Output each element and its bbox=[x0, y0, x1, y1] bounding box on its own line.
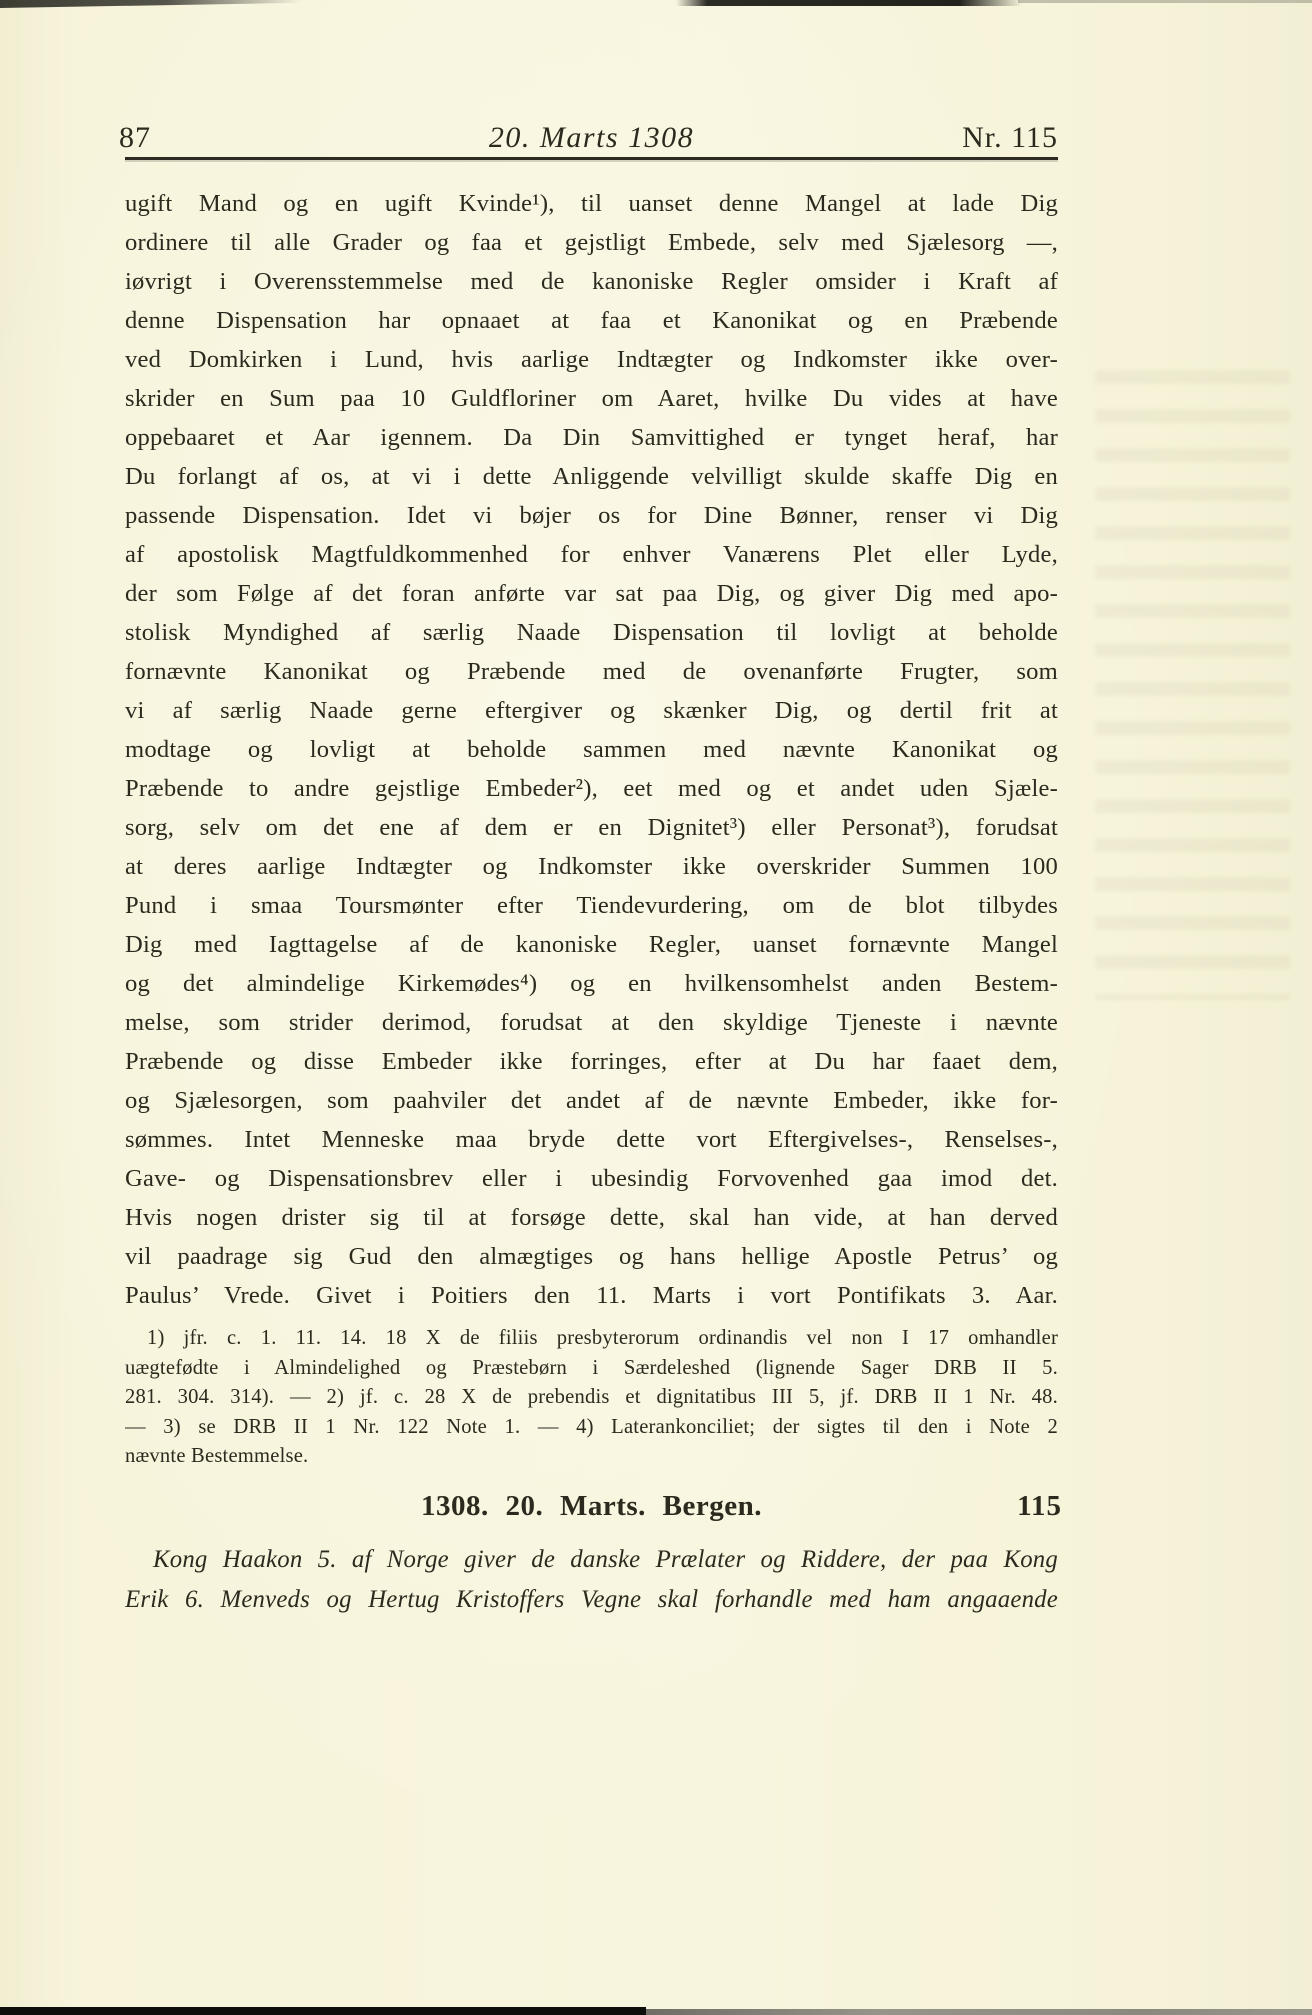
body-text-line: Præbende og disse Embeder ikke forringes… bbox=[125, 1042, 1058, 1081]
header-rule bbox=[125, 157, 1058, 160]
body-text-line: melse, som strider derimod, forudsat at … bbox=[125, 1003, 1058, 1042]
body-text-line: vil paadrage sig Gud den almægtiges og h… bbox=[125, 1237, 1058, 1276]
scan-artifact-bottom-left bbox=[0, 2007, 646, 2015]
entry-heading: 1308. 20. Marts. Bergen. 115 bbox=[125, 1487, 1058, 1529]
document-body-text: ugift Mand og en ugift Kvinde¹), til uan… bbox=[125, 184, 1058, 1315]
body-text-line: Du forlangt af os, at vi i dette Anligge… bbox=[125, 457, 1058, 496]
summary-line: Kong Haakon 5. af Norge giver de danske … bbox=[125, 1540, 1058, 1580]
body-text-line: denne Dispensation har opnaaet at faa et… bbox=[125, 301, 1058, 340]
body-text-line: ugift Mand og en ugift Kvinde¹), til uan… bbox=[125, 184, 1058, 223]
footnote-line: 1) jfr. c. 1. 11. 14. 18 X de filiis pre… bbox=[125, 1324, 1058, 1354]
scanned-book-page: 87 20. Marts 1308 Nr. 115 ugift Mand og … bbox=[0, 0, 1312, 2015]
body-text-line: at deres aarlige Indtægter og Indkomster… bbox=[125, 847, 1058, 886]
footnotes: 1) jfr. c. 1. 11. 14. 18 X de filiis pre… bbox=[125, 1324, 1058, 1472]
entry-summary: Kong Haakon 5. af Norge giver de danske … bbox=[125, 1540, 1058, 1620]
body-text-line: Dig med Iagttagelse af de kanoniske Regl… bbox=[125, 925, 1058, 964]
body-text-line: og det almindelige Kirkemødes⁴) og en hv… bbox=[125, 964, 1058, 1003]
body-text-line: Hvis nogen drister sig til at forsøge de… bbox=[125, 1198, 1058, 1237]
body-text-line: sømmes. Intet Menneske maa bryde dette v… bbox=[125, 1120, 1058, 1159]
body-text-line: fornævnte Kanonikat og Præbende med de o… bbox=[125, 652, 1058, 691]
body-text-line: sorg, selv om det ene af dem er en Digni… bbox=[125, 808, 1058, 847]
body-text-line: ved Domkirken i Lund, hvis aarlige Indtæ… bbox=[125, 340, 1058, 379]
footnote-line: uægtefødte i Almindelighed og Præstebørn… bbox=[125, 1354, 1058, 1384]
body-text-line: og Sjælesorgen, som paahviler det andet … bbox=[125, 1081, 1058, 1120]
body-text-line: oppebaaret et Aar igennem. Da Din Samvit… bbox=[125, 418, 1058, 457]
body-text-line: modtage og lovligt at beholde sammen med… bbox=[125, 730, 1058, 769]
page-header: 87 20. Marts 1308 Nr. 115 bbox=[125, 121, 1058, 159]
body-text-line: Præbende to andre gejstlige Embeder²), e… bbox=[125, 769, 1058, 808]
entry-heading-number: 115 bbox=[1017, 1487, 1062, 1525]
body-text-line: iøvrigt i Overensstemmelse med de kanoni… bbox=[125, 262, 1058, 301]
footnote-line: — 3) se DRB II 1 Nr. 122 Note 1. — 4) La… bbox=[125, 1413, 1058, 1443]
body-text-line: vi af særlig Naade gerne eftergiver og s… bbox=[125, 691, 1058, 730]
body-text-line: passende Dispensation. Idet vi bøjer os … bbox=[125, 496, 1058, 535]
page-bleed-ghost bbox=[1095, 370, 1290, 1000]
body-text-line: der som Følge af det foran anførte var s… bbox=[125, 574, 1058, 613]
body-text-line: skrider en Sum paa 10 Guldfloriner om Aa… bbox=[125, 379, 1058, 418]
running-title: 20. Marts 1308 bbox=[125, 121, 1058, 155]
summary-line: Erik 6. Menveds og Hertug Kristoffers Ve… bbox=[125, 1580, 1058, 1620]
footnote-line: nævnte Bestemmelse. bbox=[125, 1442, 1058, 1472]
body-text-line: stolisk Myndighed af særlig Naade Dispen… bbox=[125, 613, 1058, 652]
scan-artifact-top-middle bbox=[676, 0, 1022, 6]
footnote-line: 281. 304. 314). — 2) jf. c. 28 X de preb… bbox=[125, 1383, 1058, 1413]
body-text-line: Paulus’ Vrede. Givet i Poitiers den 11. … bbox=[125, 1276, 1058, 1315]
scan-artifact-top-right bbox=[1018, 0, 1312, 3]
scan-artifact-bottom-right bbox=[646, 2009, 1312, 2015]
body-text-line: af apostolisk Magtfuldkommenhed for enhv… bbox=[125, 535, 1058, 574]
body-text-line: Gave- og Dispensationsbrev eller i ubesi… bbox=[125, 1159, 1058, 1198]
body-text-line: Pund i smaa Toursmønter efter Tiendevurd… bbox=[125, 886, 1058, 925]
document-number: Nr. 115 bbox=[962, 121, 1058, 155]
body-text-line: ordinere til alle Grader og faa et gejst… bbox=[125, 223, 1058, 262]
scan-artifact-top-left bbox=[0, 0, 302, 8]
entry-heading-title: 1308. 20. Marts. Bergen. bbox=[125, 1487, 1058, 1525]
